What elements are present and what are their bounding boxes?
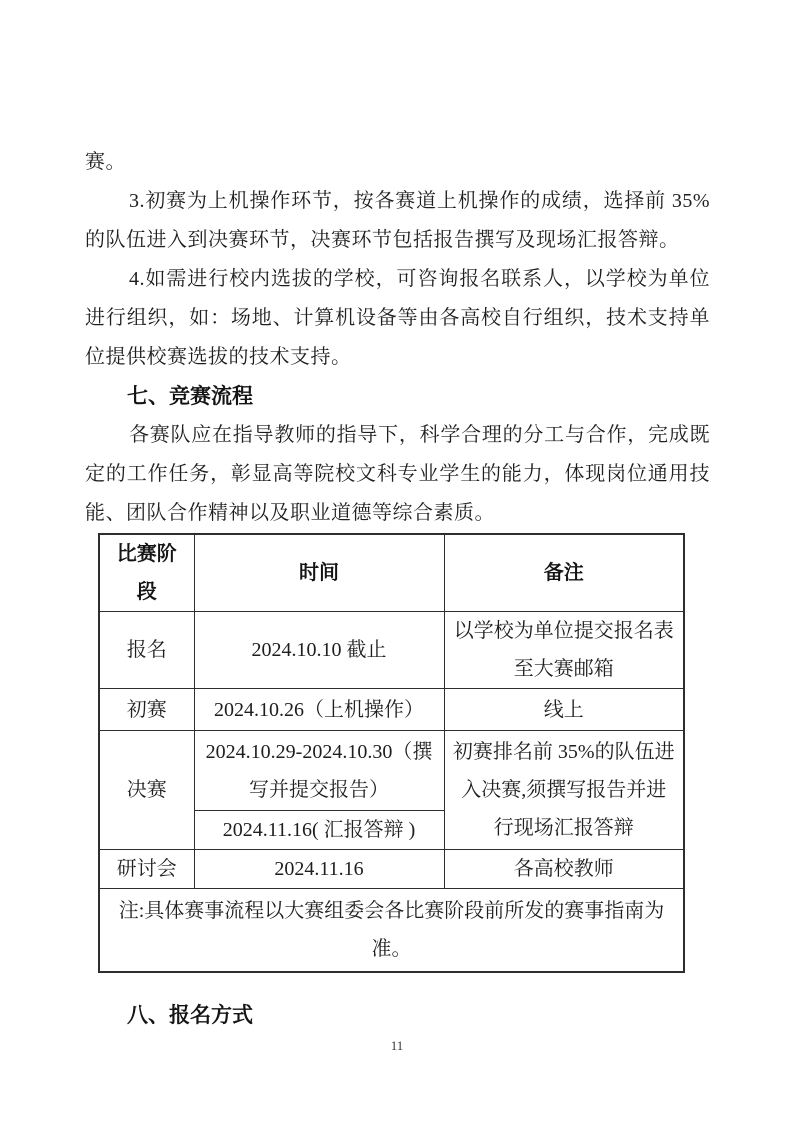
final-time-phase1-cell: 2024.10.29-2024.10.30（撰写并提交报告） — [194, 731, 444, 811]
final-stage-cell: 决赛 — [99, 731, 194, 850]
seminar-time-cell: 2024.11.16 — [194, 850, 444, 889]
registration-time-cell: 2024.10.10 截止 — [194, 612, 444, 689]
page-content: 赛。 3.初赛为上机操作环节，按各赛道上机操作的成绩，选择前 35%的队伍进入到… — [85, 143, 710, 1035]
preliminary-stage-cell: 初赛 — [99, 689, 194, 731]
paragraph-continuation: 赛。 — [85, 143, 710, 182]
preliminary-time-cell: 2024.10.26（上机操作） — [194, 689, 444, 731]
table-note-row: 注:具体赛事流程以大赛组委会各比赛阶段前所发的赛事指南为准。 — [99, 889, 684, 972]
competition-schedule-table: 比赛阶段 时间 备注 报名 2024.10.10 截止 以学校为单位提交报名表至… — [98, 533, 685, 973]
section-heading-registration-method: 八、报名方式 — [85, 996, 710, 1035]
registration-remark-cell: 以学校为单位提交报名表至大赛邮箱 — [444, 612, 684, 689]
table-row-preliminary: 初赛 2024.10.26（上机操作） 线上 — [99, 689, 684, 731]
table-header-stage: 比赛阶段 — [99, 534, 194, 612]
document-page: 赛。 3.初赛为上机操作环节，按各赛道上机操作的成绩，选择前 35%的队伍进入到… — [0, 0, 794, 1123]
table-header-time: 时间 — [194, 534, 444, 612]
paragraph-item-4: 4.如需进行校内选拔的学校，可咨询报名联系人，以学校为单位进行组织，如：场地、计… — [85, 260, 710, 377]
table-header-remark: 备注 — [444, 534, 684, 612]
registration-stage-cell: 报名 — [99, 612, 194, 689]
page-number: 11 — [0, 1038, 794, 1054]
table-row-final-phase1: 决赛 2024.10.29-2024.10.30（撰写并提交报告） 初赛排名前 … — [99, 731, 684, 811]
preliminary-remark-cell: 线上 — [444, 689, 684, 731]
final-time-phase2-cell: 2024.11.16( 汇报答辩 ) — [194, 811, 444, 850]
seminar-stage-cell: 研讨会 — [99, 850, 194, 889]
paragraph-item-3: 3.初赛为上机操作环节，按各赛道上机操作的成绩，选择前 35%的队伍进入到决赛环… — [85, 182, 710, 260]
paragraph-intro: 各赛队应在指导教师的指导下，科学合理的分工与合作，完成既定的工作任务，彰显高等院… — [85, 416, 710, 533]
final-remark-cell: 初赛排名前 35%的队伍进入决赛,须撰写报告并进行现场汇报答辩 — [444, 731, 684, 850]
table-row-registration: 报名 2024.10.10 截止 以学校为单位提交报名表至大赛邮箱 — [99, 612, 684, 689]
table-header-row: 比赛阶段 时间 备注 — [99, 534, 684, 612]
table-note-cell: 注:具体赛事流程以大赛组委会各比赛阶段前所发的赛事指南为准。 — [99, 889, 684, 972]
table-row-seminar: 研讨会 2024.11.16 各高校教师 — [99, 850, 684, 889]
section-heading-competition-process: 七、竞赛流程 — [85, 377, 710, 416]
seminar-remark-cell: 各高校教师 — [444, 850, 684, 889]
